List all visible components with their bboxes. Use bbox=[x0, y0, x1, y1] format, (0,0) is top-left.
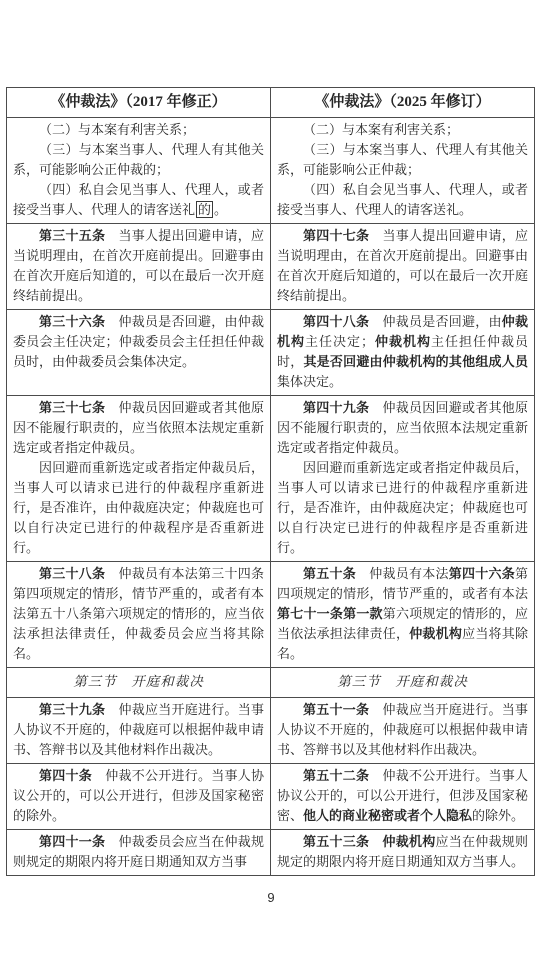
cell-left: 第三十五条 当事人提出回避申请，应当说明理由，在首次开庭前提出。回避事由在首次开… bbox=[7, 224, 271, 310]
text-segment: 的除外。 bbox=[472, 808, 524, 823]
paragraph: 第五十二条 仲裁不公开进行。当事人协议公开的，可以公开进行，但涉及国家秘密、他人… bbox=[277, 766, 528, 826]
changed-text: 第四十八条 bbox=[303, 314, 369, 329]
table-row: 第三十九条 仲裁应当开庭进行。当事人协议不开庭的，仲裁庭可以根据仲裁申请书、答辩… bbox=[7, 698, 535, 764]
paragraph: 第三节 开庭和裁决 bbox=[11, 672, 266, 692]
text-segment: 因回避而重新选定或者指定仲裁员后，当事人可以请求已进行的仲裁程序重新进行，是否准… bbox=[277, 460, 528, 555]
paragraph: 因回避而重新选定或者指定仲裁员后，当事人可以请求已进行的仲裁程序重新进行，是否准… bbox=[13, 458, 264, 558]
cell-right: 第四十八条 仲裁员是否回避，由仲裁机构主任决定；仲裁机构主任担任仲裁员时，其是否… bbox=[271, 310, 535, 396]
paragraph: 第五十三条 仲裁机构应当在仲裁规则规定的期限内将开庭日期通知双方当事人。 bbox=[277, 832, 528, 872]
changed-text: 第五十二条 bbox=[303, 768, 369, 783]
document-page: 《仲裁法》（2017 年修正） 《仲裁法》（2025 年修订） （二）与本案有利… bbox=[0, 0, 542, 963]
paragraph: 第三节 开庭和裁决 bbox=[275, 672, 530, 692]
paragraph: （二）与本案有利害关系； bbox=[13, 120, 264, 140]
changed-text: 第四十六条 bbox=[449, 566, 515, 581]
changed-text: 第四十七条 bbox=[303, 228, 369, 243]
changed-text: 第四十条 bbox=[39, 768, 92, 783]
paragraph: 第五十条 仲裁员有本法第四十六条第四项规定的情形，情节严重的，或者有本法第七十一… bbox=[277, 564, 528, 664]
changed-text: 第三十五条 bbox=[39, 228, 105, 243]
paragraph: （二）与本案有利害关系； bbox=[277, 120, 528, 140]
cell-left: 第三十九条 仲裁应当开庭进行。当事人协议不开庭的，仲裁庭可以根据仲裁申请书、答辩… bbox=[7, 698, 271, 764]
section-heading-row: 第三节 开庭和裁决第三节 开庭和裁决 bbox=[7, 668, 535, 698]
column-header-2017: 《仲裁法》（2017 年修正） bbox=[7, 88, 271, 118]
cell-right: 第五十二条 仲裁不公开进行。当事人协议公开的，可以公开进行，但涉及国家秘密、他人… bbox=[271, 764, 535, 830]
cell-left: （二）与本案有利害关系；（三）与本案当事人、代理人有其他关系，可能影响公正仲裁的… bbox=[7, 118, 271, 224]
paragraph: 第四十条 仲裁不公开进行。当事人协议公开的，可以公开进行，但涉及国家秘密的除外。 bbox=[13, 766, 264, 826]
table-row: 第四十条 仲裁不公开进行。当事人协议公开的，可以公开进行，但涉及国家秘密的除外。… bbox=[7, 764, 535, 830]
page-number: 9 bbox=[0, 890, 542, 905]
cell-right: 第三节 开庭和裁决 bbox=[271, 668, 535, 698]
text-segment: （三）与本案当事人、代理人有其他关系，可能影响公正仲裁的； bbox=[13, 142, 264, 177]
cell-right: （二）与本案有利害关系；（三）与本案当事人、代理人有其他关系，可能影响公正仲裁；… bbox=[271, 118, 535, 224]
text-segment: 主任决定； bbox=[305, 334, 374, 349]
table-row: 第三十六条 仲裁员是否回避，由仲裁委员会主任决定；仲裁委员会主任担任仲裁员时，由… bbox=[7, 310, 535, 396]
comparison-rows: （二）与本案有利害关系；（三）与本案当事人、代理人有其他关系，可能影响公正仲裁的… bbox=[7, 118, 535, 876]
changed-text: 第五十条 bbox=[303, 566, 356, 581]
table-row: 第三十八条 仲裁员有本法第三十四条第四项规定的情形，情节严重的，或者有本法第五十… bbox=[7, 562, 535, 668]
paragraph: （四）私自会见当事人、代理人，或者接受当事人、代理人的请客送礼的。 bbox=[13, 180, 264, 220]
cell-left: 第四十条 仲裁不公开进行。当事人协议公开的，可以公开进行，但涉及国家秘密的除外。 bbox=[7, 764, 271, 830]
table-row: （二）与本案有利害关系；（三）与本案当事人、代理人有其他关系，可能影响公正仲裁的… bbox=[7, 118, 535, 224]
text-segment: 仲裁员有本法 bbox=[356, 566, 449, 581]
paragraph: （四）私自会见当事人、代理人，或者接受当事人、代理人的请客送礼。 bbox=[277, 180, 528, 220]
table-row: 第四十一条 仲裁委员会应当在仲裁规则规定的期限内将开庭日期通知双方当事第五十三条… bbox=[7, 830, 535, 876]
header-row: 《仲裁法》（2017 年修正） 《仲裁法》（2025 年修订） bbox=[7, 88, 535, 118]
deleted-char-box: 的 bbox=[196, 201, 213, 218]
table-header: 《仲裁法》（2017 年修正） 《仲裁法》（2025 年修订） bbox=[7, 88, 535, 118]
text-segment: （四）私自会见当事人、代理人，或者接受当事人、代理人的请客送礼。 bbox=[277, 182, 528, 217]
text-segment: 。 bbox=[214, 202, 227, 217]
paragraph: 因回避而重新选定或者指定仲裁员后，当事人可以请求已进行的仲裁程序重新进行，是否准… bbox=[277, 458, 528, 558]
law-comparison-table: 《仲裁法》（2017 年修正） 《仲裁法》（2025 年修订） （二）与本案有利… bbox=[6, 87, 535, 876]
changed-text: 第三十七条 bbox=[39, 400, 105, 415]
cell-right: 第五十三条 仲裁机构应当在仲裁规则规定的期限内将开庭日期通知双方当事人。 bbox=[271, 830, 535, 876]
table-row: 第三十五条 当事人提出回避申请，应当说明理由，在首次开庭前提出。回避事由在首次开… bbox=[7, 224, 535, 310]
changed-text: 第五十一条 bbox=[303, 702, 369, 717]
changed-text: 第四十九条 bbox=[303, 400, 369, 415]
paragraph: 第五十一条 仲裁应当开庭进行。当事人协议不开庭的，仲裁庭可以根据仲裁申请书、答辩… bbox=[277, 700, 528, 760]
cell-left: 第四十一条 仲裁委员会应当在仲裁规则规定的期限内将开庭日期通知双方当事 bbox=[7, 830, 271, 876]
text-segment: 因回避而重新选定或者指定仲裁员后，当事人可以请求已进行的仲裁程序重新进行，是否准… bbox=[13, 460, 264, 555]
cell-left: 第三十七条 仲裁员因回避或者其他原因不能履行职责的，应当依照本法规定重新选定或者… bbox=[7, 396, 271, 562]
table-row: 第三十七条 仲裁员因回避或者其他原因不能履行职责的，应当依照本法规定重新选定或者… bbox=[7, 396, 535, 562]
paragraph: 第三十七条 仲裁员因回避或者其他原因不能履行职责的，应当依照本法规定重新选定或者… bbox=[13, 398, 264, 458]
text-segment: （三）与本案当事人、代理人有其他关系，可能影响公正仲裁； bbox=[277, 142, 528, 177]
changed-text: 仲裁机构 bbox=[382, 834, 435, 849]
text-segment bbox=[369, 834, 382, 849]
text-segment: （二）与本案有利害关系； bbox=[39, 122, 195, 137]
cell-right: 第五十条 仲裁员有本法第四十六条第四项规定的情形，情节严重的，或者有本法第七十一… bbox=[271, 562, 535, 668]
changed-text: 第三十九条 bbox=[39, 702, 105, 717]
paragraph: 第三十九条 仲裁应当开庭进行。当事人协议不开庭的，仲裁庭可以根据仲裁申请书、答辩… bbox=[13, 700, 264, 760]
paragraph: 第四十一条 仲裁委员会应当在仲裁规则规定的期限内将开庭日期通知双方当事 bbox=[13, 832, 264, 872]
text-segment: （二）与本案有利害关系； bbox=[303, 122, 459, 137]
changed-text: 他人的商业秘密或者个人隐私 bbox=[303, 808, 472, 823]
paragraph: 第三十八条 仲裁员有本法第三十四条第四项规定的情形，情节严重的，或者有本法第五十… bbox=[13, 564, 264, 664]
changed-text: 第五十三条 bbox=[303, 834, 369, 849]
paragraph: 第三十五条 当事人提出回避申请，应当说明理由，在首次开庭前提出。回避事由在首次开… bbox=[13, 226, 264, 306]
cell-right: 第五十一条 仲裁应当开庭进行。当事人协议不开庭的，仲裁庭可以根据仲裁申请书、答辩… bbox=[271, 698, 535, 764]
text-segment: 仲裁员是否回避，由 bbox=[369, 314, 501, 329]
cell-right: 第四十九条 仲裁员因回避或者其他原因不能履行职责的，应当依照本法规定重新选定或者… bbox=[271, 396, 535, 562]
changed-text: 第七十一条第一款 bbox=[277, 606, 383, 621]
text-segment: 第三节 开庭和裁决 bbox=[73, 674, 204, 689]
changed-text: 其是否回避由仲裁机构的其他组成人员 bbox=[303, 354, 528, 369]
paragraph: 第三十六条 仲裁员是否回避，由仲裁委员会主任决定；仲裁委员会主任担任仲裁员时，由… bbox=[13, 312, 264, 372]
changed-text: 仲裁机构 bbox=[409, 626, 462, 641]
paragraph: 第四十八条 仲裁员是否回避，由仲裁机构主任决定；仲裁机构主任担任仲裁员时，其是否… bbox=[277, 312, 528, 392]
changed-text: 第四十一条 bbox=[39, 834, 105, 849]
changed-text: 第三十六条 bbox=[39, 314, 105, 329]
cell-left: 第三十六条 仲裁员是否回避，由仲裁委员会主任决定；仲裁委员会主任担任仲裁员时，由… bbox=[7, 310, 271, 396]
text-segment: 集体决定。 bbox=[277, 374, 342, 389]
column-header-2025: 《仲裁法》（2025 年修订） bbox=[271, 88, 535, 118]
paragraph: 第四十七条 当事人提出回避申请，应当说明理由，在首次开庭前提出。回避事由在首次开… bbox=[277, 226, 528, 306]
cell-right: 第四十七条 当事人提出回避申请，应当说明理由，在首次开庭前提出。回避事由在首次开… bbox=[271, 224, 535, 310]
text-segment: 第三节 开庭和裁决 bbox=[337, 674, 468, 689]
paragraph: （三）与本案当事人、代理人有其他关系，可能影响公正仲裁的； bbox=[13, 140, 264, 180]
cell-left: 第三节 开庭和裁决 bbox=[7, 668, 271, 698]
paragraph: （三）与本案当事人、代理人有其他关系，可能影响公正仲裁； bbox=[277, 140, 528, 180]
paragraph: 第四十九条 仲裁员因回避或者其他原因不能履行职责的，应当依照本法规定重新选定或者… bbox=[277, 398, 528, 458]
changed-text: 第三十八条 bbox=[39, 566, 105, 581]
cell-left: 第三十八条 仲裁员有本法第三十四条第四项规定的情形，情节严重的，或者有本法第五十… bbox=[7, 562, 271, 668]
changed-text: 仲裁机构 bbox=[374, 334, 431, 349]
